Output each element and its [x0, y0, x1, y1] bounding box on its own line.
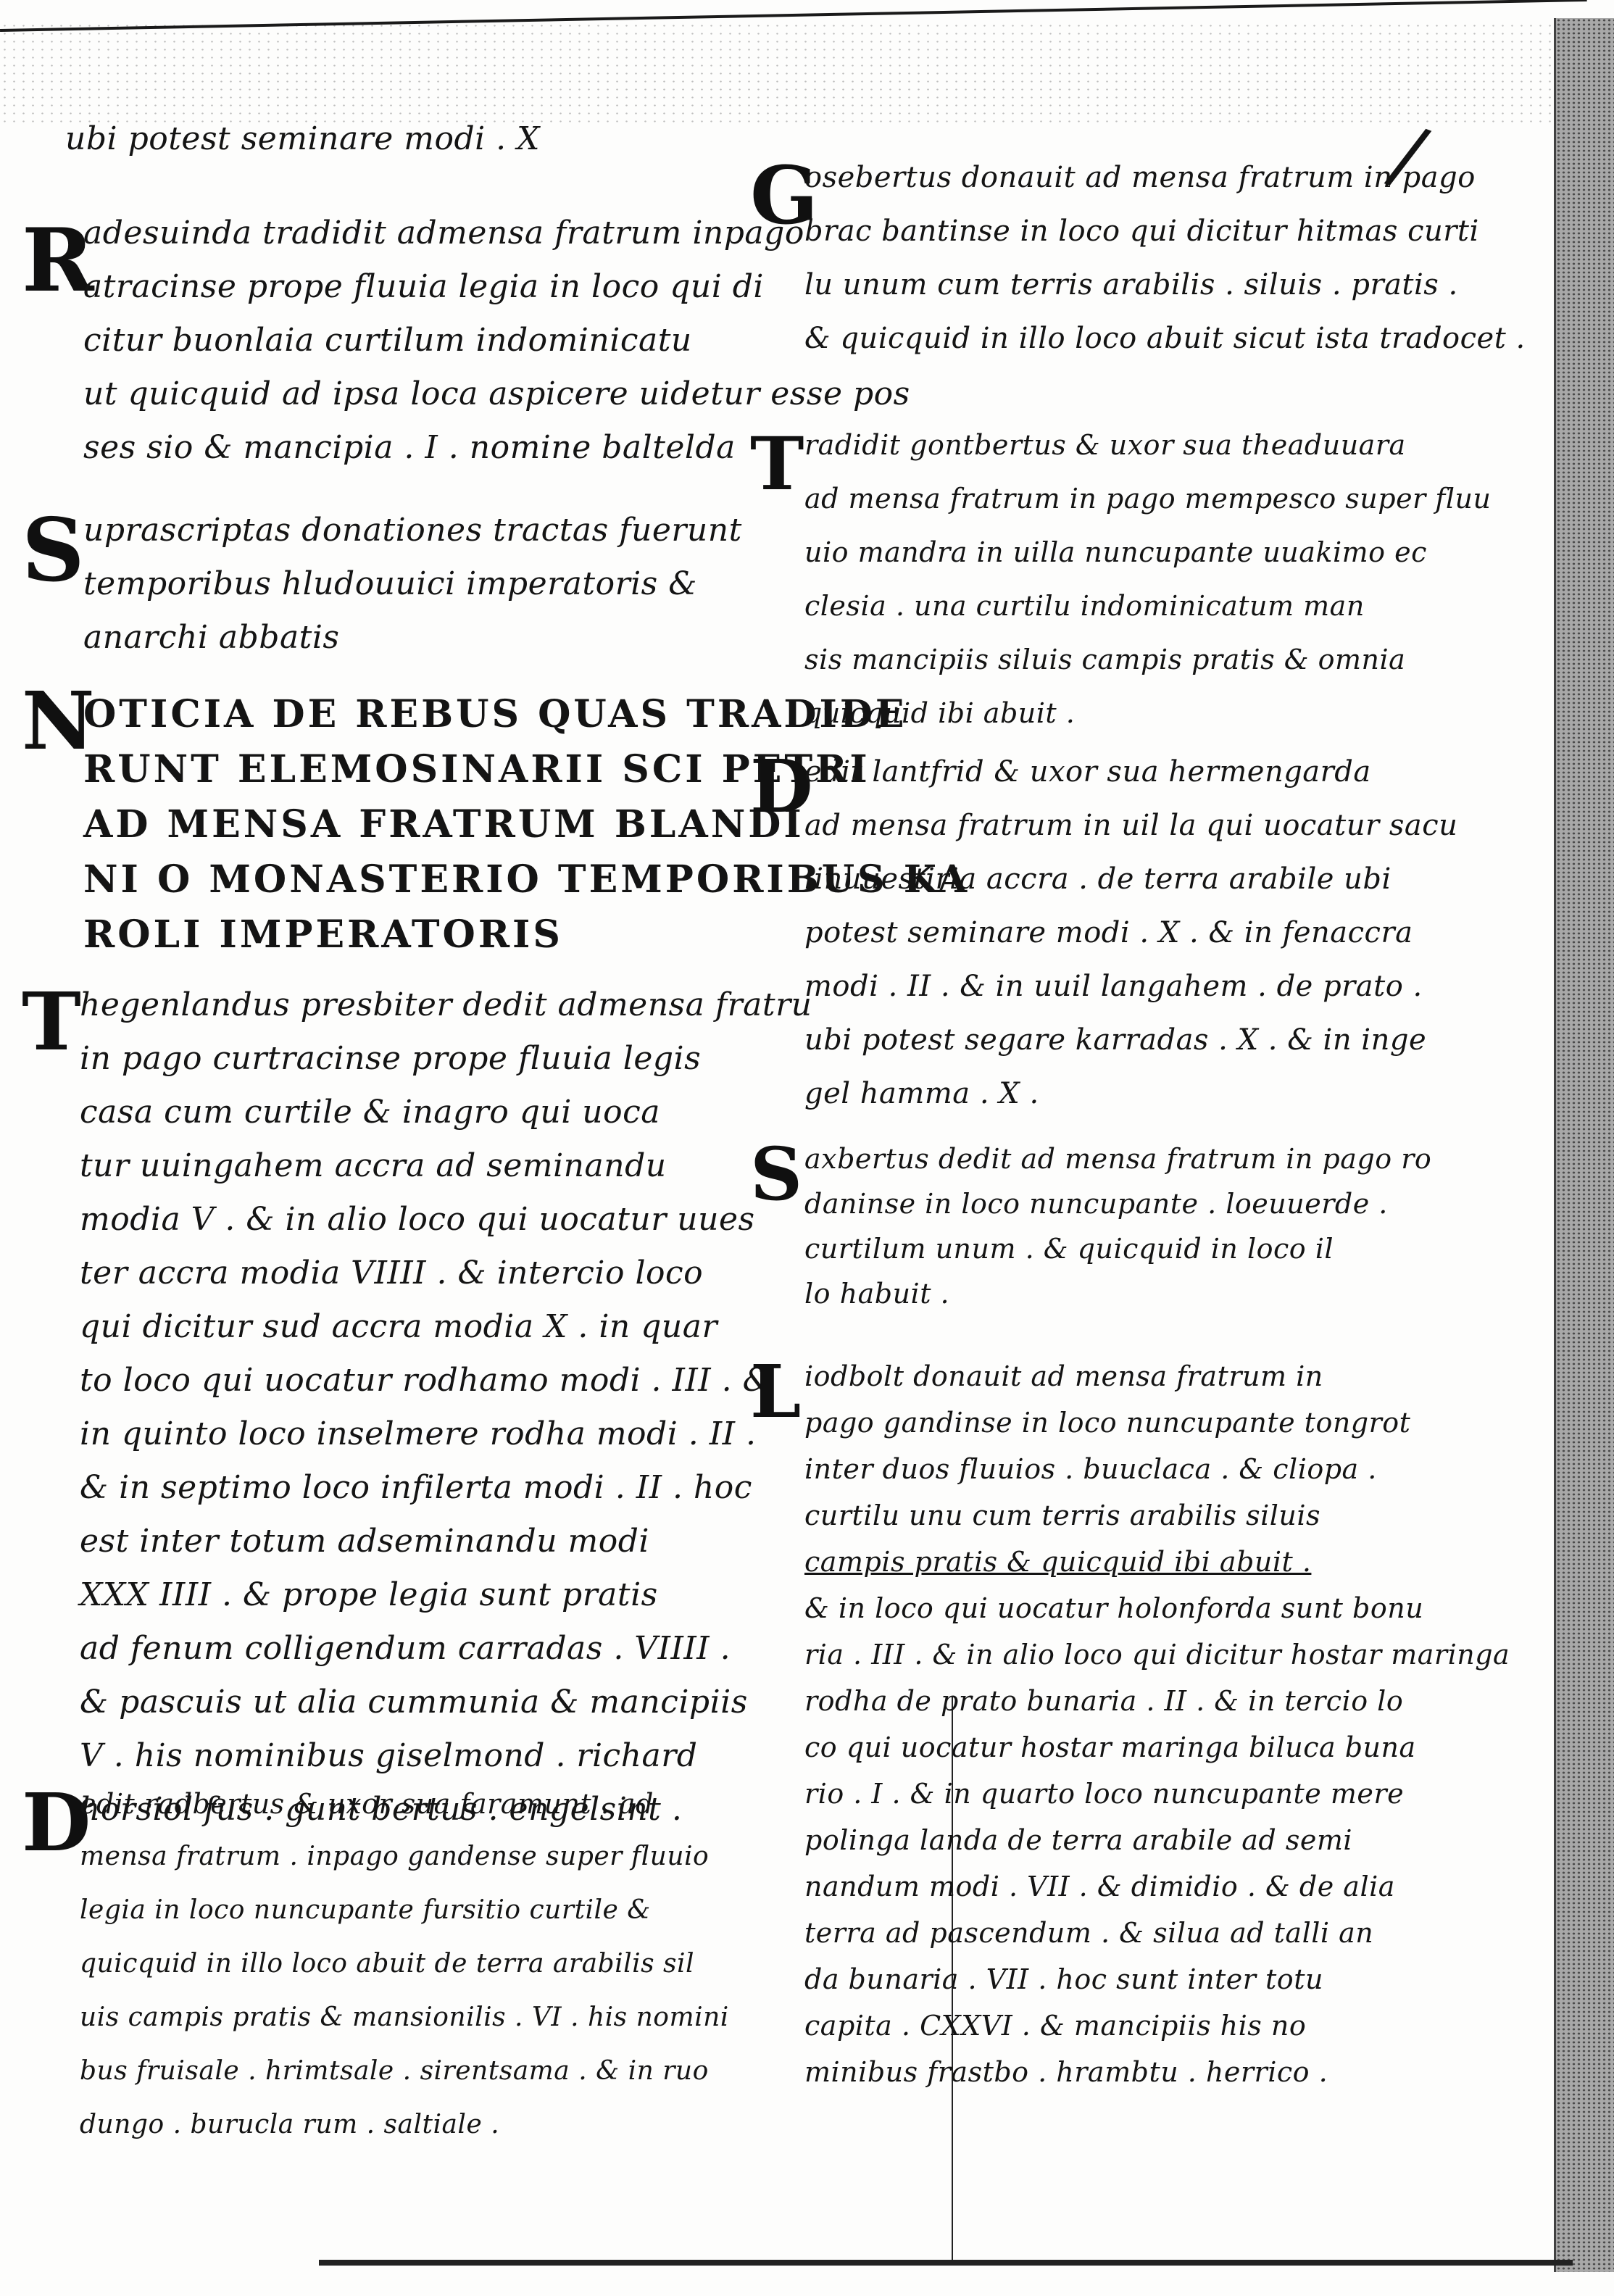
text-line: ter accra modia VIIII . & intercio loco [80, 1257, 812, 1311]
initial-letter: D [750, 750, 813, 823]
text-line: & quicquid in illo loco abuit sicut ista… [804, 324, 1526, 378]
text-line: sis mancipiis siluis campis pratis & omn… [804, 646, 1491, 699]
text-line: curtilu unu cum terris arabilis siluis [804, 1502, 1510, 1548]
text-line: ad fenum colligendum carradas . VIIII . [80, 1633, 812, 1686]
text-line: minibus frastbo . hrambtu . herrico . [804, 2058, 1510, 2105]
text-line: osebertus donauit ad mensa fratrum in pa… [804, 163, 1526, 217]
text-line: est inter totum adseminandu modi [80, 1526, 812, 1579]
text-line: hegenlandus presbiter dedit admensa frat… [80, 989, 812, 1043]
text-line: tur uuingahem accra ad seminandu [80, 1150, 812, 1204]
text-line: curtilum unum . & quicquid in loco il [804, 1235, 1431, 1280]
text-line: modia V . & in alio loco qui uocatur uue… [80, 1204, 812, 1257]
initial-letter: L [750, 1355, 801, 1428]
initial-letter: T [22, 982, 81, 1062]
text-line: nandum modi . VII . & dimidio . & de ali… [804, 1873, 1510, 1919]
text-line: campis pratis & quicquid ibi abuit . [804, 1548, 1510, 1594]
text-line: uprascriptas donationes tractas fuerunt [83, 515, 742, 568]
top-margin-stain [0, 22, 1587, 123]
text-line: quicquid ibi abuit . [804, 699, 1491, 753]
initial-letter: S [22, 507, 85, 594]
text-line: uis campis pratis & mansionilis . VI . h… [80, 2005, 729, 2058]
binding-gutter [1554, 18, 1614, 2272]
text-line: capita . CXXVI . & mancipiis his no [804, 2012, 1510, 2058]
text-line: ad mensa fratrum in uil la qui uocatur s… [804, 811, 1457, 865]
text-line: ubi potest segare karradas . X . & in in… [804, 1026, 1457, 1079]
text-line: axbertus dedit ad mensa fratrum in pago … [804, 1145, 1431, 1190]
text-line: quicquid in illo loco abuit de terra ara… [80, 1951, 729, 2005]
text-line: qui dicitur sud accra modia X . in quar [80, 1311, 812, 1365]
text-line: co qui uocatur hostar maringa biluca bun… [804, 1734, 1510, 1780]
text-line: uio mandra in uilla nuncupante uuakimo e… [804, 538, 1491, 592]
text-line: & in septimo loco infilerta modi . II . … [80, 1472, 812, 1526]
initial-letter: S [750, 1138, 802, 1210]
text-line: potest seminare modi . X . & in fenaccra [804, 918, 1457, 972]
text-line: pago gandinse in loco nuncupante tongrot [804, 1409, 1510, 1455]
initial-letter: T [750, 428, 804, 500]
text-line: in pago curtracinse prope fluuia legis [80, 1043, 812, 1097]
text-line: casa cum curtile & inagro qui uoca [80, 1097, 812, 1150]
text-line: modi . II . & in uuil langahem . de prat… [804, 972, 1457, 1026]
text-line: rio . I . & in quarto loco nuncupante me… [804, 1780, 1510, 1826]
text-line: polinga landa de terra arabile ad semi [804, 1826, 1510, 1873]
text-line: edit radbertus & uxor sua faramunt . ad [80, 1790, 729, 1844]
text-line: mensa fratrum . inpago gandense super fl… [80, 1844, 729, 1897]
text-line: inter duos fluuios . buuclaca . & cliopa… [804, 1455, 1510, 1502]
text-line: atracinse prope fluuia legia in loco qui… [83, 271, 910, 325]
text-line: terra ad pascendum . & silua ad talli an [804, 1919, 1510, 1966]
text-line: anarchi abbatis [83, 622, 742, 675]
text-line: dungo . burucla rum . saltiale . [80, 2112, 729, 2166]
text-line: temporibus hludouuici imperatoris & [83, 568, 742, 622]
text-line: ad mensa fratrum in pago mempesco super … [804, 485, 1491, 538]
text-line: to loco qui uocatur rodhamo modi . III .… [80, 1365, 812, 1418]
text-line: clesia . una curtilu indominicatum man [804, 592, 1491, 646]
text-line: lu unum cum terris arabilis . siluis . p… [804, 270, 1526, 324]
text-line: edit lantfrid & uxor sua hermengarda [804, 757, 1457, 811]
text-line: rodha de prato bunaria . II . & in terci… [804, 1687, 1510, 1734]
text-line: lo habuit . [804, 1280, 1431, 1325]
text-line: da bunaria . VII . hoc sunt inter totu [804, 1966, 1510, 2012]
text-line: brac bantinse in loco qui dicitur hitmas… [804, 217, 1526, 270]
text-line: ubi potest seminare modi . X [65, 123, 540, 177]
page-bottom-edge [319, 2260, 1573, 2266]
text-line: daninse in loco nuncupante . loeuuerde . [804, 1190, 1431, 1235]
text-line: citur buonlaia curtilum indominicatu [83, 325, 910, 378]
text-line: in quinto loco inselmere rodha modi . II… [80, 1418, 812, 1472]
manuscript-page: / ubi potest seminare modi . X R adesuin… [0, 0, 1614, 2296]
text-line: & pascuis ut alia cummunia & mancipiis [80, 1686, 812, 1740]
text-line: bus fruisale . hrimtsale . sirentsama . … [80, 2058, 729, 2112]
text-line: legia in loco nuncupante fursitio curtil… [80, 1897, 729, 1951]
text-line: linuuestiria accra . de terra arabile ub… [804, 865, 1457, 918]
text-line: ria . III . & in alio loco qui dicitur h… [804, 1641, 1510, 1687]
text-line: iodbolt donauit ad mensa fratrum in [804, 1363, 1510, 1409]
text-line: V . his nominibus giselmond . richard [80, 1740, 812, 1794]
text-line: & in loco qui uocatur holonforda sunt bo… [804, 1594, 1510, 1641]
text-line: XXX IIII . & prope legia sunt pratis [80, 1579, 812, 1633]
text-line: gel hamma . X . [804, 1079, 1457, 1133]
text-line: radidit gontbertus & uxor sua theaduuara [804, 431, 1491, 485]
